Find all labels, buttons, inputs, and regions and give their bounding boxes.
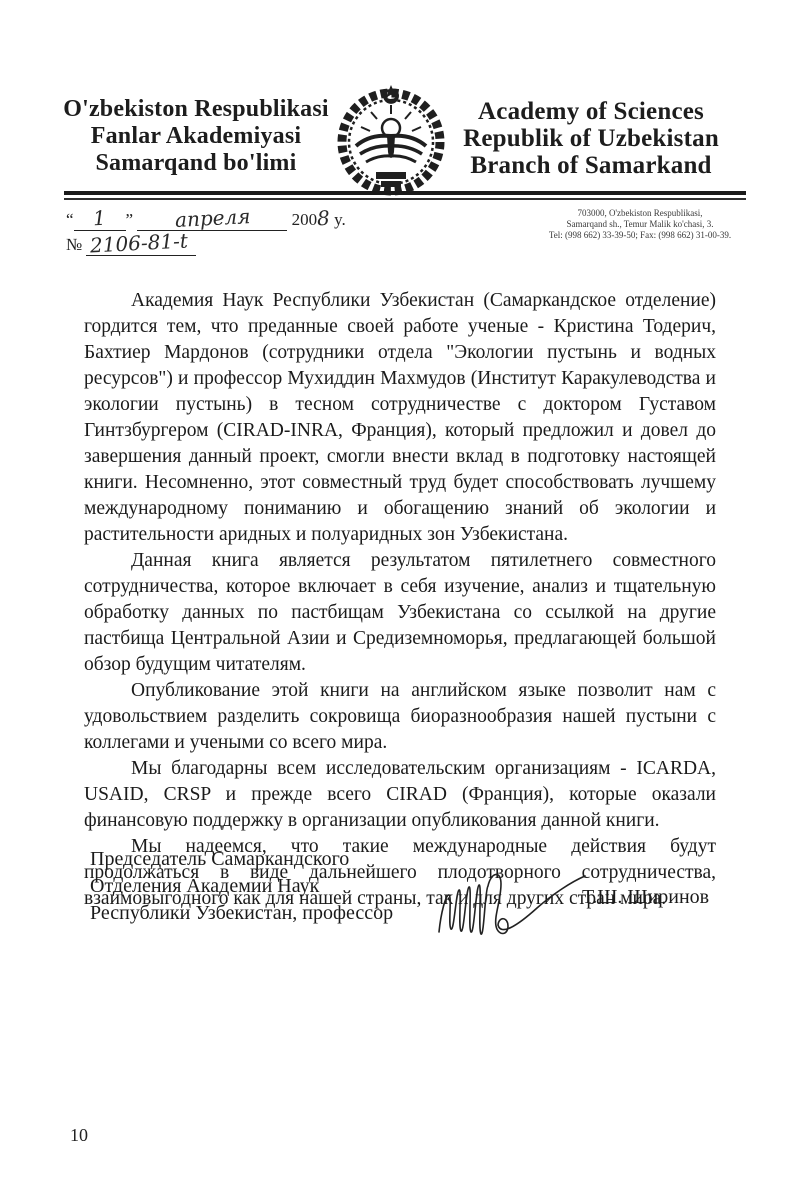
- letterhead-english: Academy of Sciences Republik of Uzbekist…: [452, 98, 730, 179]
- handwritten-day: 1: [93, 206, 107, 231]
- close-quote: ”: [126, 210, 134, 229]
- letterhead-divider: [64, 191, 746, 200]
- open-quote: “: [66, 210, 74, 229]
- address-line2: Samarqand sh., Temur Malik ko'chasi, 3.: [494, 219, 786, 230]
- letterhead-english-line1: Academy of Sciences: [452, 98, 730, 125]
- date-line: “1” апреля 2008 y.: [66, 206, 406, 231]
- signer-title-line1: Председатель Самаркандского: [90, 846, 710, 873]
- reference-block: “1” апреля 2008 y. № 2106-81-t: [66, 206, 406, 256]
- letterhead-uzbek-line1: O'zbekiston Respublikasi: [62, 96, 330, 123]
- handwritten-number: 2106-81-t: [90, 228, 189, 257]
- letterhead-uzbek-line2: Fanlar Akademiyasi: [62, 123, 330, 150]
- number-label: №: [66, 235, 82, 254]
- paragraph-3: Опубликование этой книги на английском я…: [84, 678, 716, 756]
- address-block: 703000, O'zbekiston Respublikasi, Samarq…: [494, 208, 786, 241]
- address-line3: Tel: (998 662) 33-39-50; Fax: (998 662) …: [494, 230, 786, 241]
- paragraph-4: Мы благодарны всем исследовательским орг…: [84, 756, 716, 834]
- letterhead-uzbek-line3: Samarqand bo'limi: [62, 150, 330, 177]
- letterhead-english-line2: Republik of Uzbekistan: [452, 125, 730, 152]
- uzbekistan-state-emblem-icon: [332, 84, 450, 196]
- paragraph-2: Данная книга является результатом пятиле…: [84, 548, 716, 678]
- paragraph-1: Академия Наук Республики Узбекистан (Сам…: [84, 288, 716, 548]
- signer-name: Т.Ш. Ширинов: [582, 886, 709, 909]
- address-line1: 703000, O'zbekiston Respublikasi,: [494, 208, 786, 219]
- letterhead-uzbek: O'zbekiston Respublikasi Fanlar Akademiy…: [62, 96, 330, 177]
- year-suffix: y.: [334, 210, 346, 229]
- signature-block: Председатель Самаркандского Отделения Ак…: [90, 846, 710, 927]
- handwritten-year-digit: 8: [316, 206, 330, 231]
- letter-body: Академия Наук Республики Узбекистан (Сам…: [84, 288, 716, 912]
- letter-page: O'zbekiston Respublikasi Fanlar Akademiy…: [0, 0, 800, 1200]
- letterhead-english-line3: Branch of Samarkand: [452, 152, 730, 179]
- page-number: 10: [70, 1125, 88, 1146]
- number-line: № 2106-81-t: [66, 231, 406, 256]
- handwritten-signature-icon: [425, 854, 595, 949]
- year-typed: 200: [292, 210, 318, 229]
